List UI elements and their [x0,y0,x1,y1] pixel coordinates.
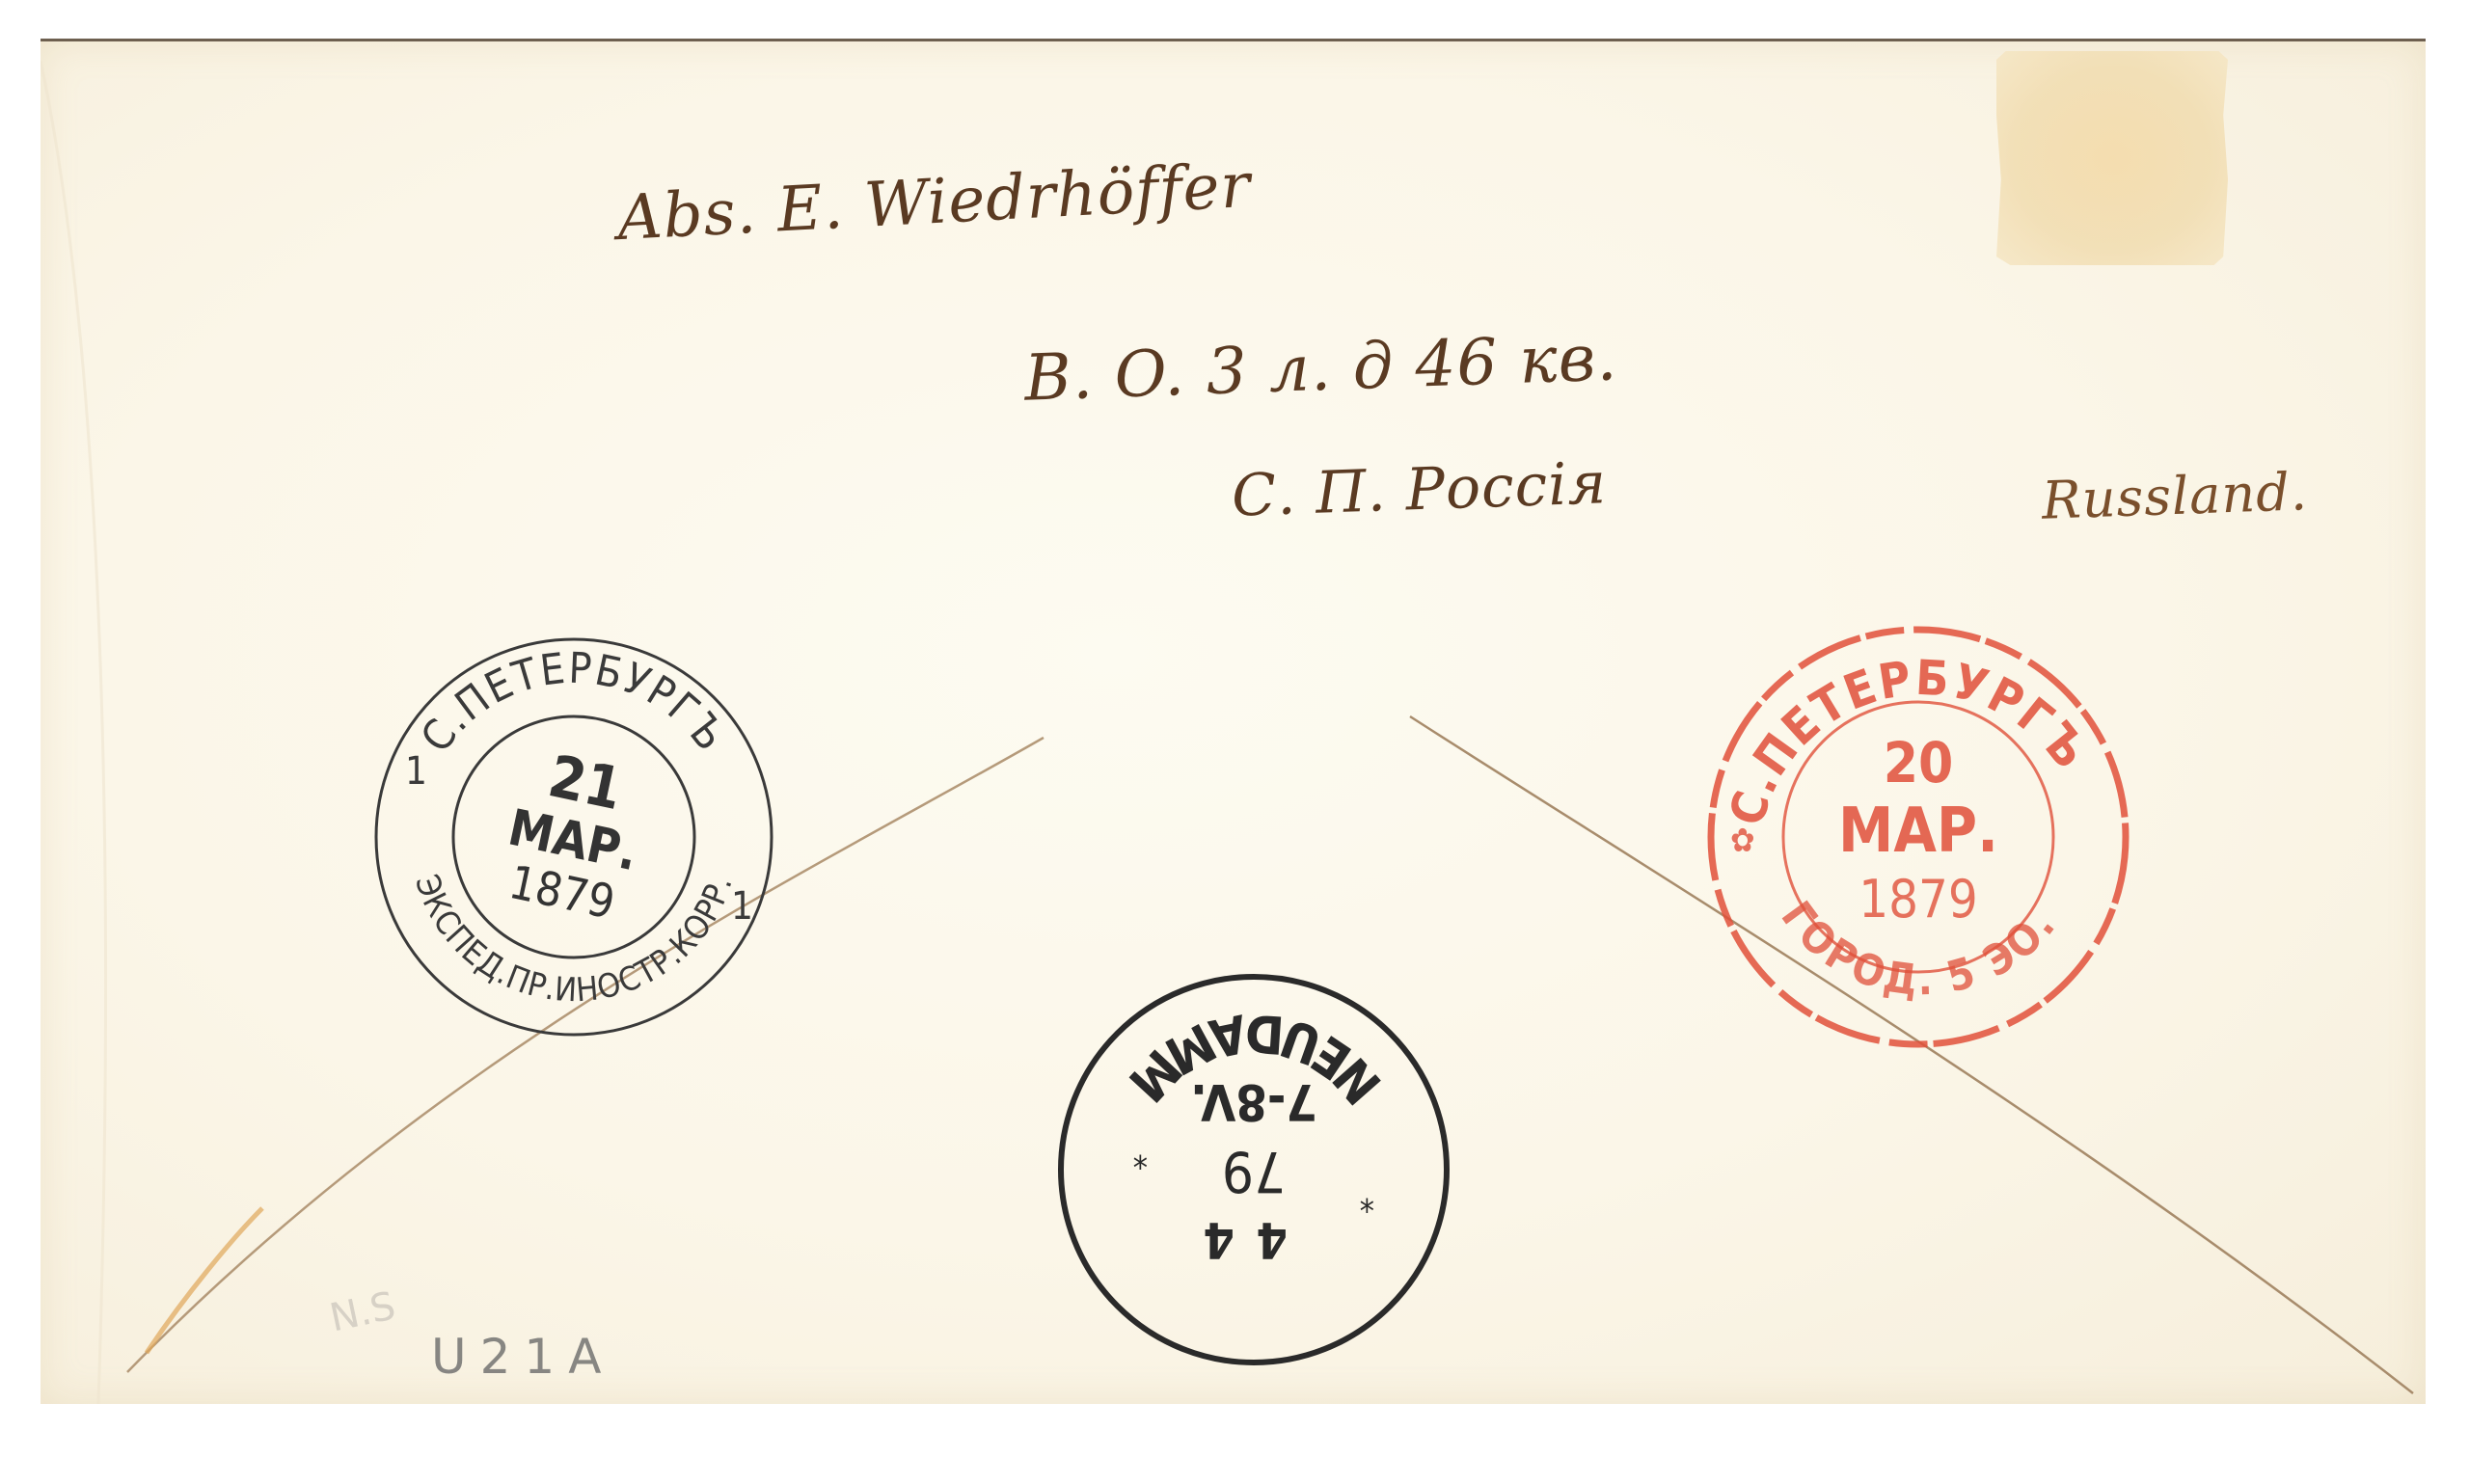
stamp-residue [1996,51,2228,265]
postmark-day: 20 [1884,730,1954,796]
postmark-year: 79 [1222,1139,1286,1204]
star-icon: * [1360,1180,1374,1219]
city-line: С. П. Россія [1231,449,1608,530]
postmark-st-petersburg-town: С.ПЕТЕРБУРГЪ ГОРОД. 5 ЭО. ✿ 20 МАР. 1879 [1692,610,2145,1064]
postmark-side-right: 1 [731,884,753,929]
postmark-month: МАР. [1838,796,1998,867]
postmark-st-petersburg-expedition: С.ПЕТЕРБУРГЪ ЭКСПЕД.ПР.ИНОСТР.КОРР. 1 1 … [366,630,781,1044]
pencil-note: U21A [431,1329,614,1385]
svg-text:С.ПЕТЕРБУРГЪ: С.ПЕТЕРБУРГЪ [412,644,736,762]
postmark-time: 7-8V. [1190,1072,1317,1130]
postmark-top-text: С.ПЕТЕРБУРГЪ [412,644,736,762]
postmark-month: 4 [1203,1210,1234,1268]
postmark-day: 4 [1256,1210,1288,1268]
postmark-ornament-icon: ✿ [1730,822,1755,860]
country-note: Russland. [2041,461,2309,531]
postmark-neudamm: NEUDAMM * * 4 4 79 7-8V. [1042,958,1466,1382]
postmark-year: 1879 [1859,869,1978,930]
envelope-back: Abs. E. Wiedrhöffer B. O. 3 л. д 46 кв. … [41,39,2426,1404]
star-icon: * [1133,1137,1148,1175]
postmark-side-left: 1 [405,749,427,794]
